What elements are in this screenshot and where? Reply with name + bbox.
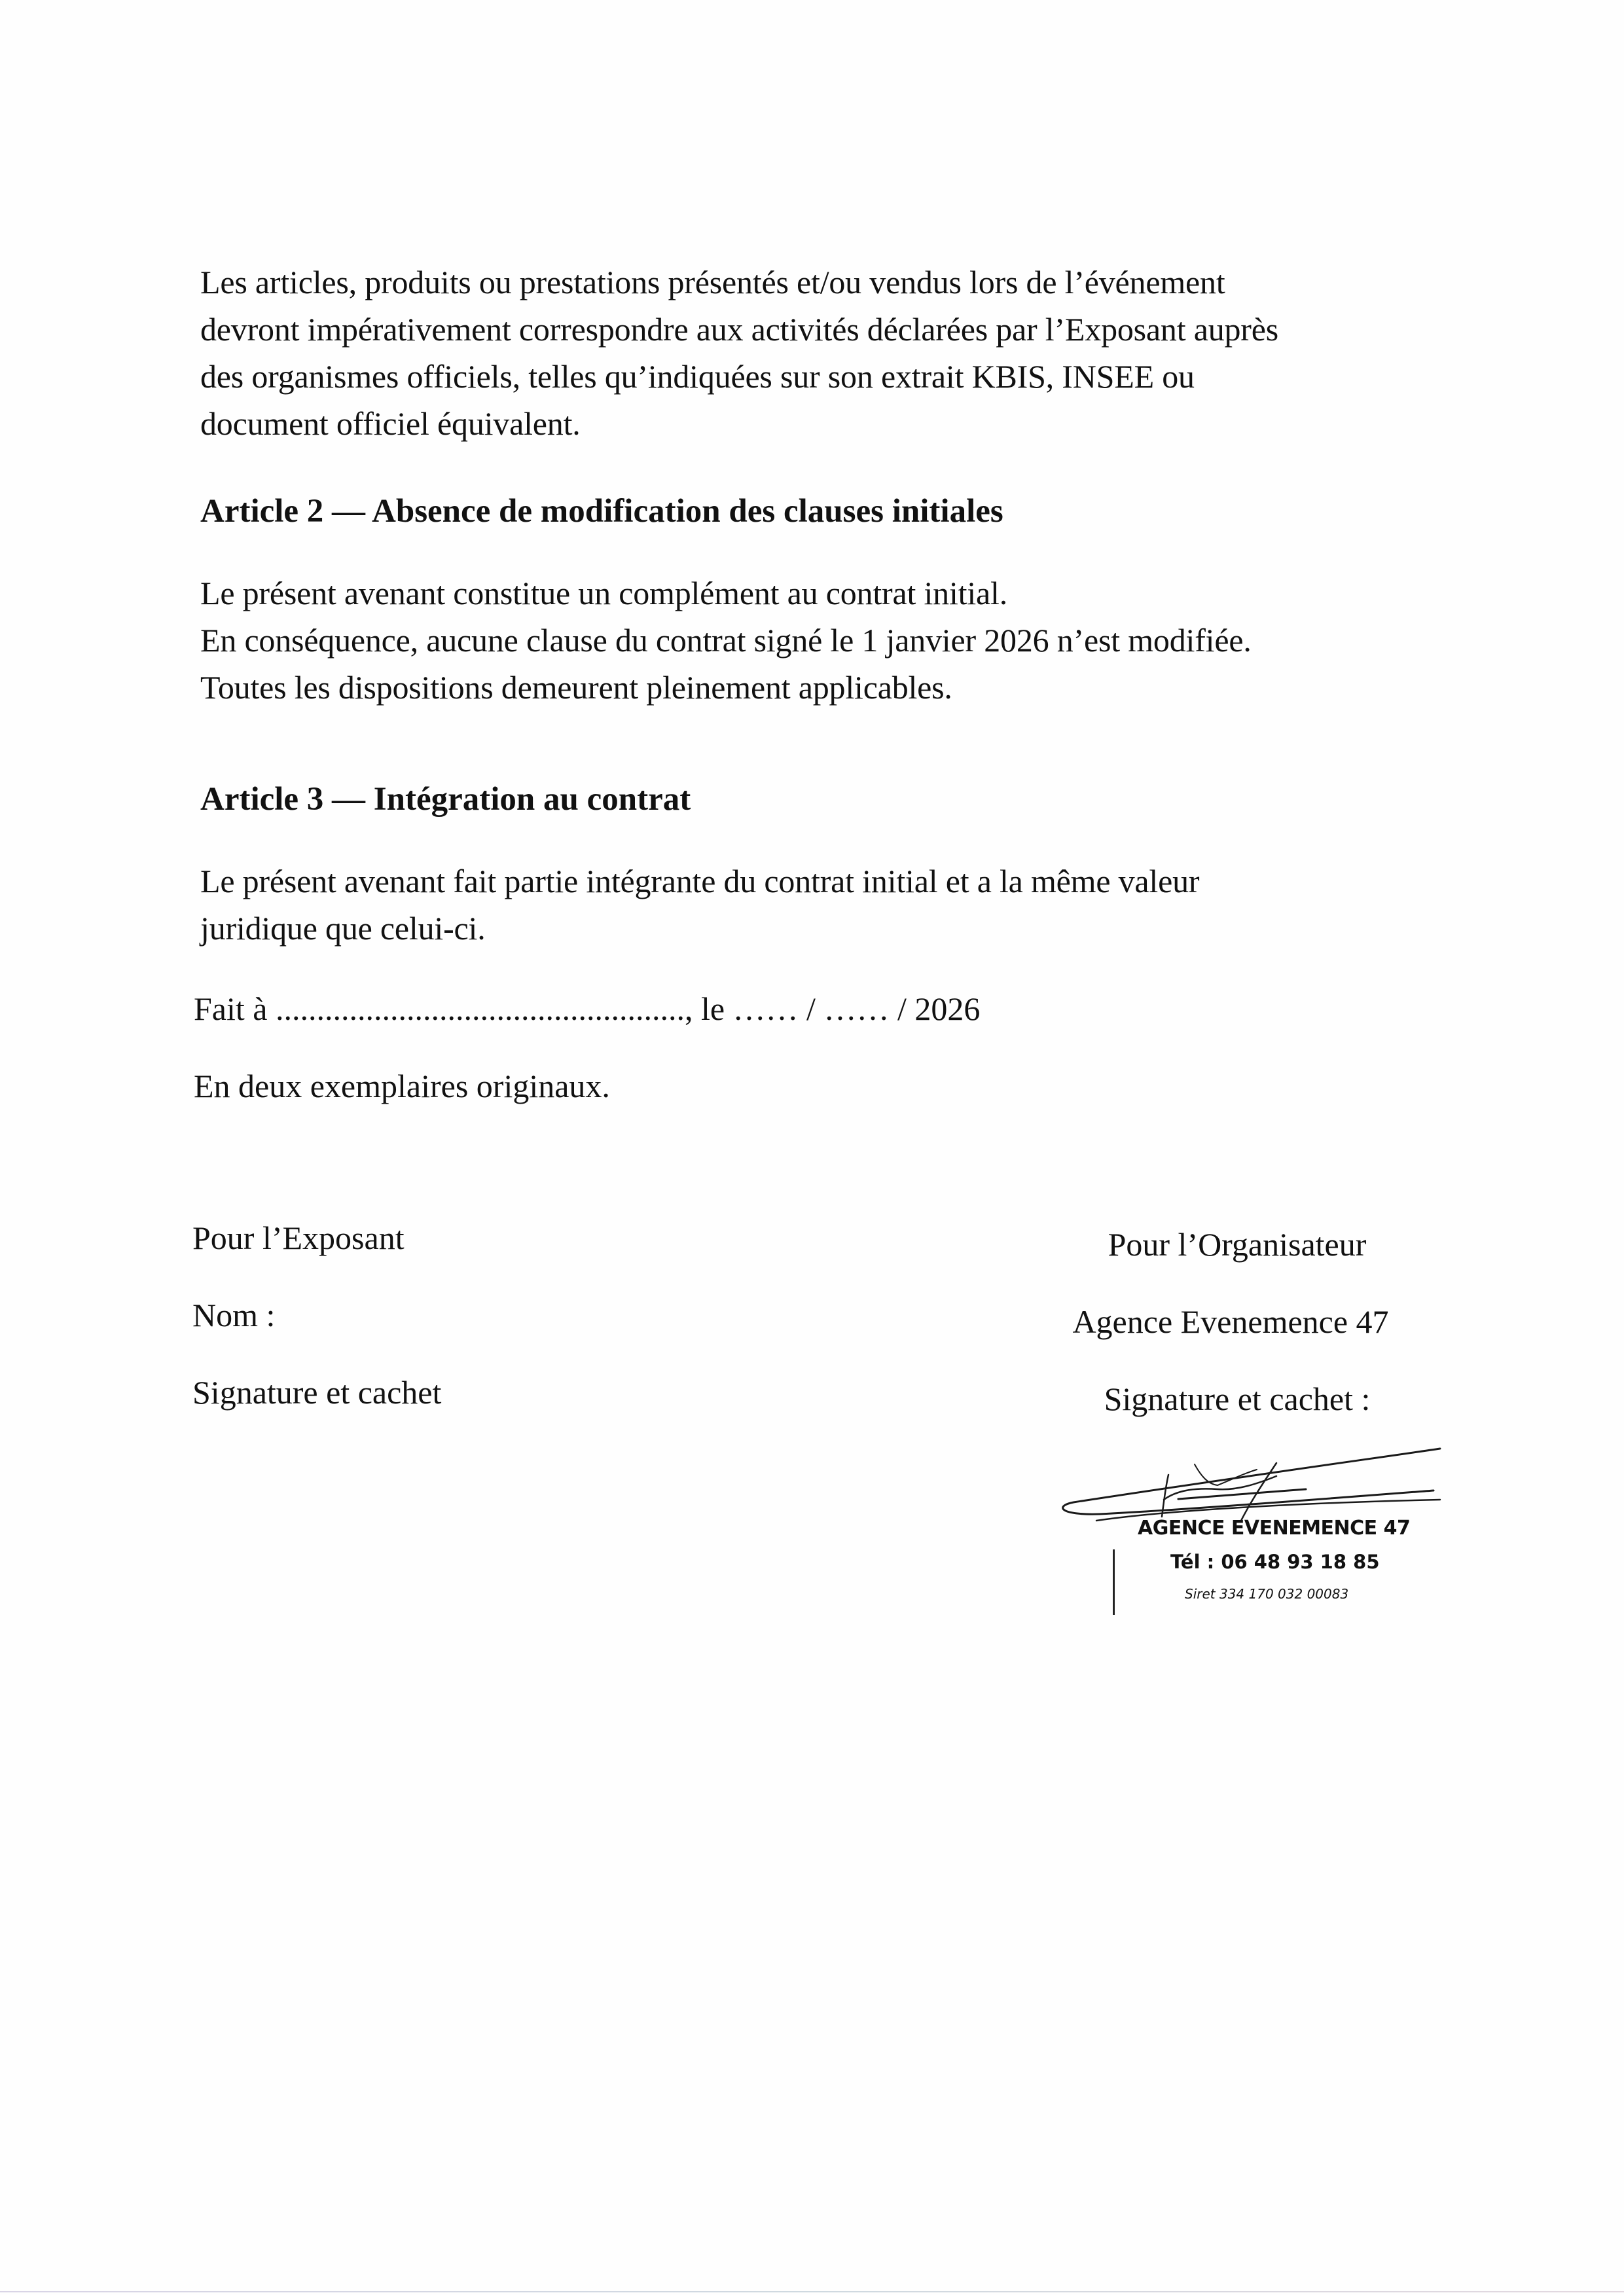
stamp-company-name: AGENCE EVENEMENCE 47 — [1138, 1517, 1410, 1540]
handwritten-signature-icon — [1047, 1437, 1466, 1528]
stamp-divider — [1113, 1549, 1115, 1615]
document-page: Les articles, produits ou prestations pr… — [0, 0, 1624, 2295]
stamp-phone: Tél : 06 48 93 18 85 — [1170, 1551, 1380, 1573]
article-2-body: Le présent avenant constitue un compléme… — [200, 569, 1483, 711]
exhibitor-title: Pour l’Exposant — [192, 1219, 405, 1257]
article-3-body: Le présent avenant fait partie intégrant… — [200, 858, 1483, 952]
exhibitor-name-label: Nom : — [192, 1296, 275, 1334]
copies-statement: En deux exemplaires originaux. — [194, 1067, 610, 1105]
stamp-siret: Siret 334 170 032 00083 — [1185, 1586, 1348, 1602]
text-line: Le présent avenant fait partie intégrant… — [200, 858, 1483, 905]
organizer-name: Agence Evenemence 47 — [995, 1303, 1466, 1341]
text-line: Toutes les dispositions demeurent pleine… — [200, 664, 1483, 711]
article-3-heading: Article 3 — Intégration au contrat — [200, 780, 691, 818]
organizer-signature-label: Signature et cachet : — [1001, 1380, 1473, 1418]
text-line: des organismes officiels, telles qu’indi… — [200, 353, 1483, 400]
scan-edge — [0, 2291, 1624, 2292]
organizer-stamp: AGENCE EVENEMENCE 47 Tél : 06 48 93 18 8… — [1047, 1437, 1466, 1620]
intro-paragraph: Les articles, produits ou prestations pr… — [200, 259, 1483, 447]
text-line: Le présent avenant constitue un compléme… — [200, 569, 1483, 617]
text-line: juridique que celui-ci. — [200, 905, 1483, 952]
text-line: Les articles, produits ou prestations pr… — [200, 259, 1483, 306]
text-line: document officiel équivalent. — [200, 400, 1483, 447]
article-2-heading: Article 2 — Absence de modification des … — [200, 492, 1003, 530]
place-date-line: Fait à .................................… — [194, 990, 980, 1028]
exhibitor-signature-label: Signature et cachet — [192, 1373, 441, 1411]
text-line: devront impérativement correspondre aux … — [200, 306, 1483, 353]
text-line: En conséquence, aucune clause du contrat… — [200, 617, 1483, 664]
organizer-title: Pour l’Organisateur — [1001, 1225, 1473, 1263]
